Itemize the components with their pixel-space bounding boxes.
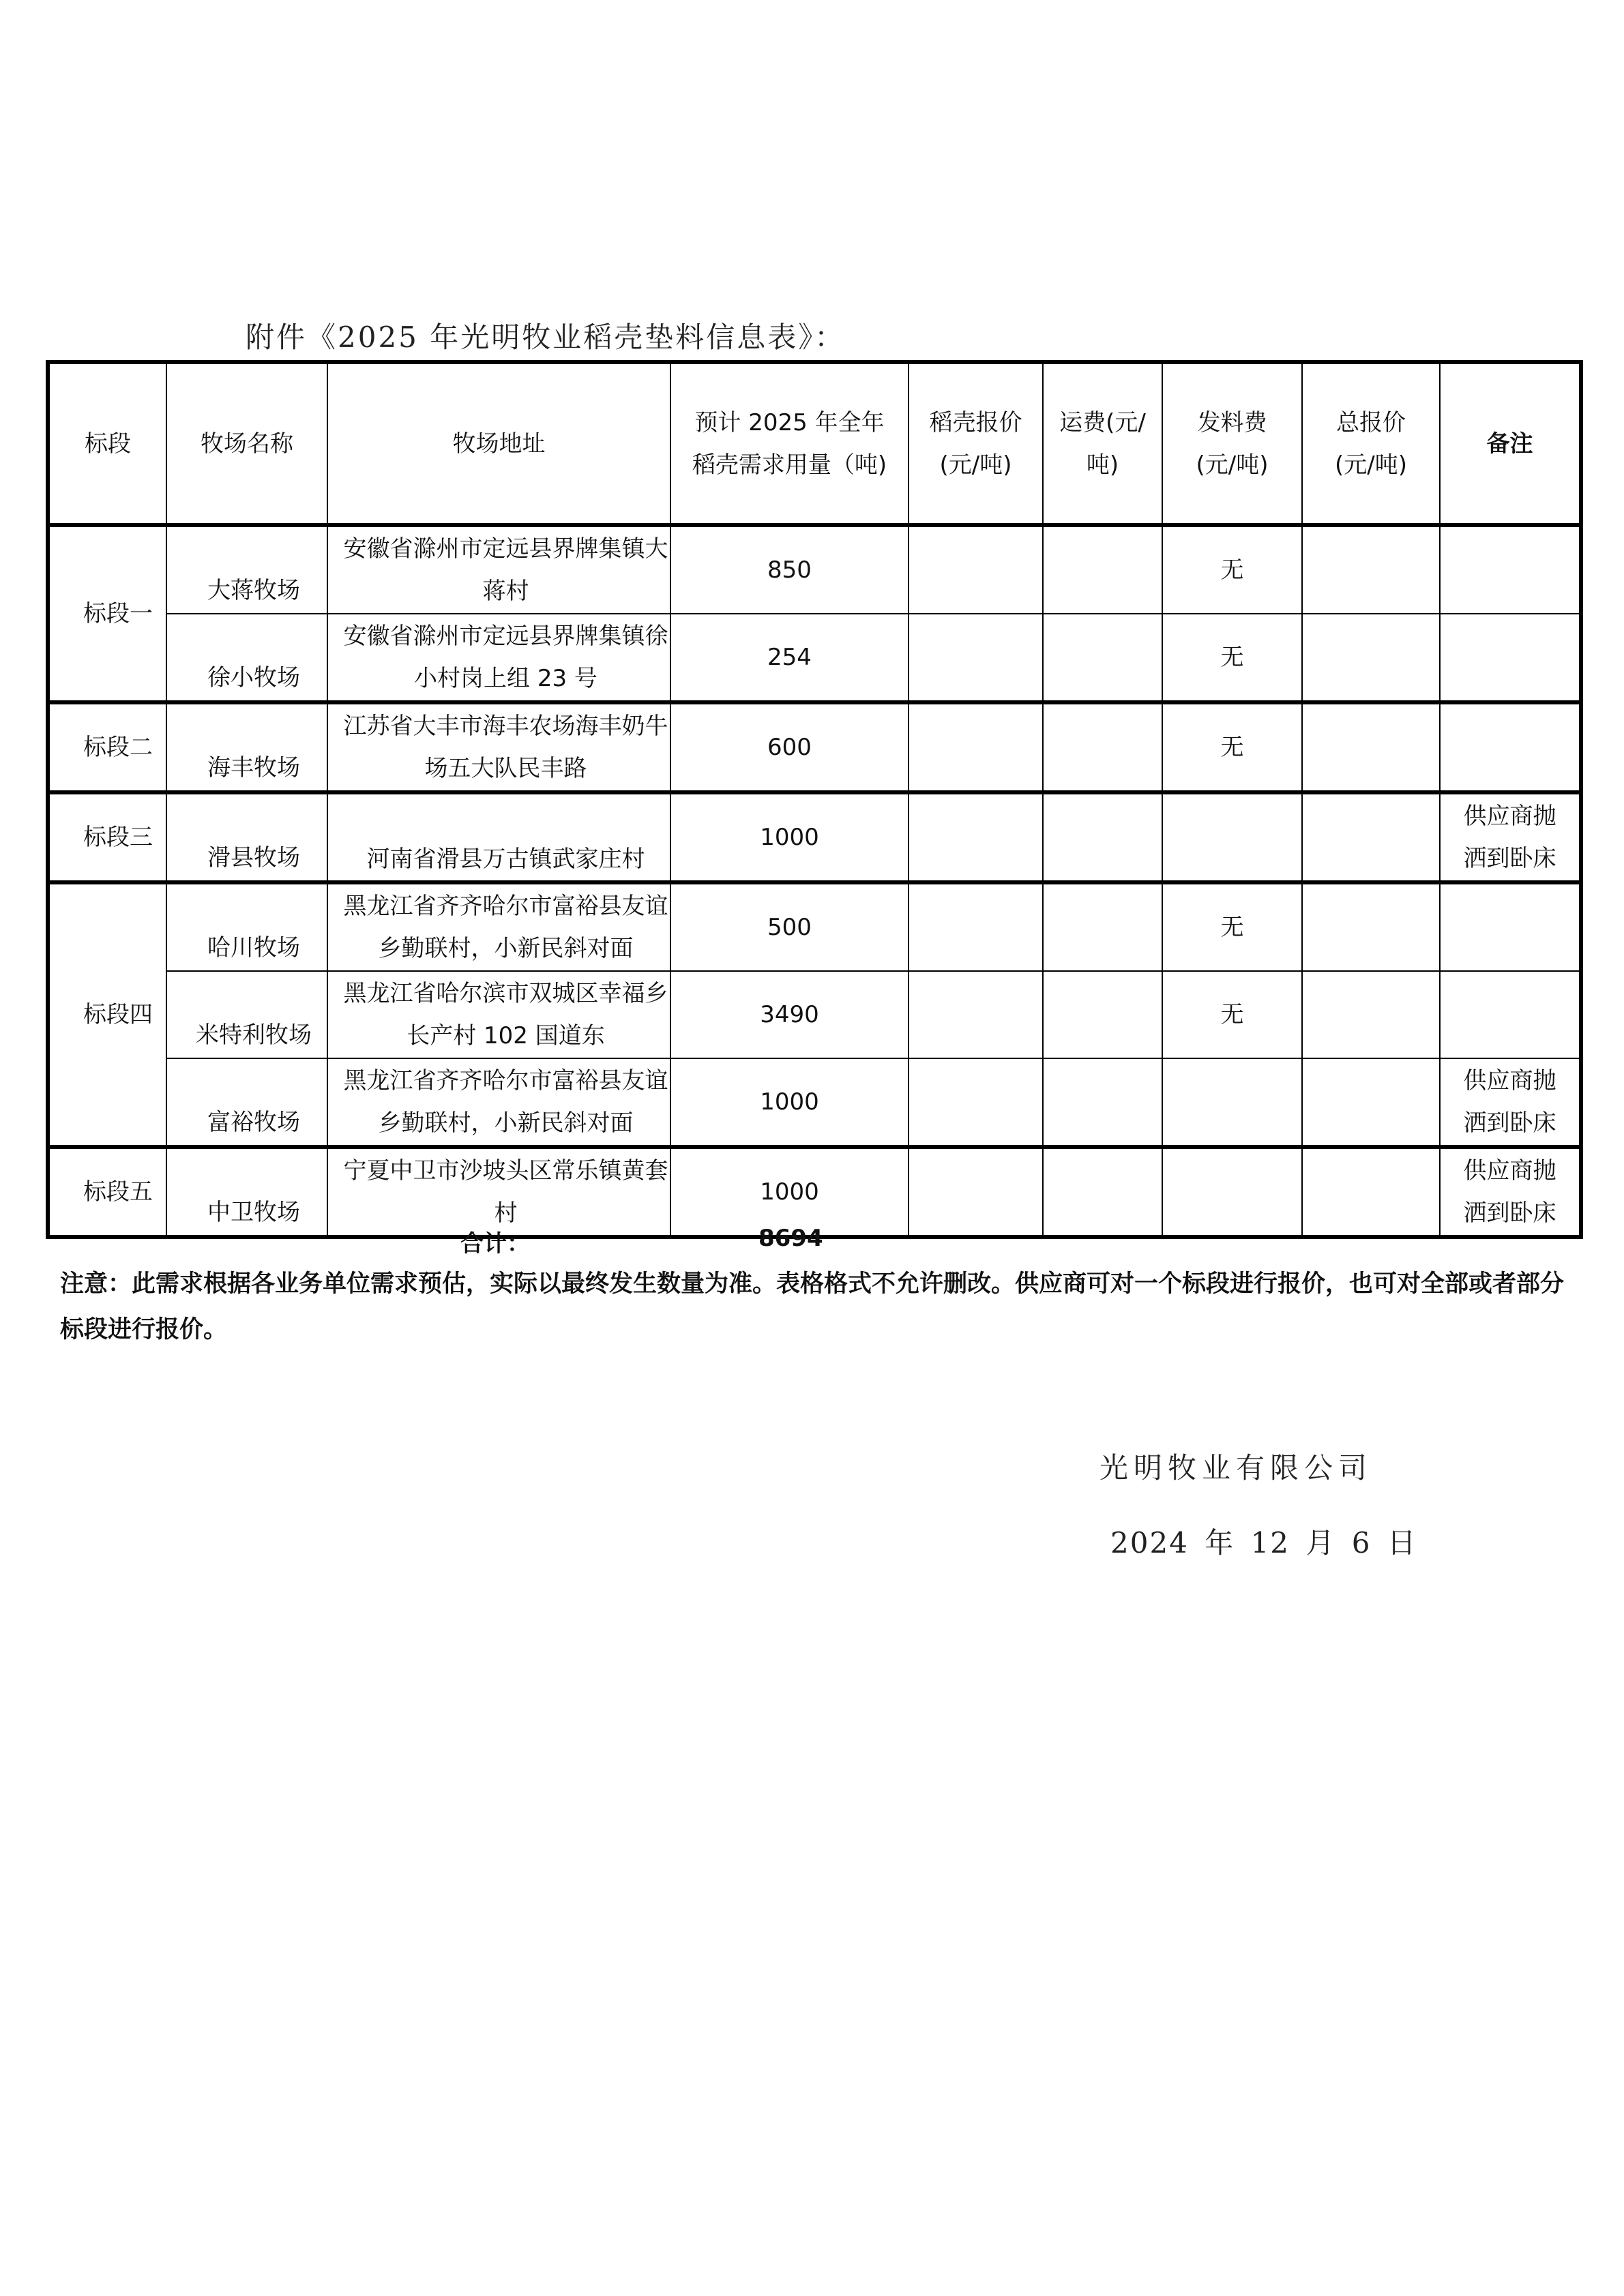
total-price-input[interactable] xyxy=(1302,792,1440,882)
header-segment: 标段 xyxy=(48,362,166,525)
segment-cell: 标段三 xyxy=(48,792,166,882)
remark-cell: 供应商抛洒到卧床 xyxy=(1440,1058,1581,1147)
dispatch-fee-cell: 无 xyxy=(1162,702,1302,792)
farm-name-cell: 徐小牧场 xyxy=(166,614,327,702)
total-price-input[interactable] xyxy=(1302,525,1440,614)
freight-input[interactable] xyxy=(1043,792,1162,882)
freight-input[interactable] xyxy=(1043,702,1162,792)
farm-name-cell: 富裕牧场 xyxy=(166,1058,327,1147)
farm-name-cell: 滑县牧场 xyxy=(166,792,327,882)
rice-husk-info-table: 标段 牧场名称 牧场地址 预计 2025 年全年稻壳需求用量（吨) 稻壳报价(元… xyxy=(46,360,1583,1239)
dispatch-fee-cell xyxy=(1162,792,1302,882)
table-row: 米特利牧场 黑龙江省哈尔滨市双城区幸福乡长产村 102 国道东 3490 无 xyxy=(48,971,1581,1058)
rice-husk-price-input[interactable] xyxy=(909,525,1043,614)
quantity-cell: 1000 xyxy=(670,792,909,882)
table-row: 标段三 滑县牧场 河南省滑县万古镇武家庄村 1000 供应商抛洒到卧床 xyxy=(48,792,1581,882)
rice-husk-price-input[interactable] xyxy=(909,882,1043,971)
total-price-input[interactable] xyxy=(1302,882,1440,971)
total-value: 8694 xyxy=(758,1225,823,1252)
table-row: 标段五 中卫牧场 宁夏中卫市沙坡头区常乐镇黄套村 1000 供应商抛洒到卧床 xyxy=(48,1147,1581,1237)
freight-input[interactable] xyxy=(1043,614,1162,702)
rice-husk-price-input[interactable] xyxy=(909,614,1043,702)
quantity-cell: 500 xyxy=(670,882,909,971)
table-row: 标段一 大蒋牧场 安徽省滁州市定远县界牌集镇大蒋村 850 无 xyxy=(48,525,1581,614)
dispatch-fee-cell: 无 xyxy=(1162,882,1302,971)
dispatch-fee-cell: 无 xyxy=(1162,525,1302,614)
total-label: 合计： xyxy=(460,1225,530,1258)
farm-name-cell: 大蒋牧场 xyxy=(166,525,327,614)
rice-husk-price-input[interactable] xyxy=(909,971,1043,1058)
freight-input[interactable] xyxy=(1043,1147,1162,1237)
rice-husk-price-input[interactable] xyxy=(909,1147,1043,1237)
signature-date: 2024 年 12 月 6 日 xyxy=(1110,1521,1417,1562)
remark-cell xyxy=(1440,614,1581,702)
quantity-cell: 600 xyxy=(670,702,909,792)
freight-input[interactable] xyxy=(1043,525,1162,614)
remark-cell xyxy=(1440,702,1581,792)
dispatch-fee-cell xyxy=(1162,1058,1302,1147)
header-estimated-quantity: 预计 2025 年全年稻壳需求用量（吨) xyxy=(670,362,909,525)
header-farm-address: 牧场地址 xyxy=(327,362,670,525)
farm-address-cell: 黑龙江省哈尔滨市双城区幸福乡长产村 102 国道东 xyxy=(327,971,670,1058)
farm-address-cell: 河南省滑县万古镇武家庄村 xyxy=(327,792,670,882)
document-title: 附件《2025 年光明牧业稻壳垫料信息表》： xyxy=(246,315,845,356)
total-price-input[interactable] xyxy=(1302,702,1440,792)
notice-text: 注意：此需求根据各业务单位需求预估，实际以最终发生数量为准。表格格式不允许删改。… xyxy=(60,1262,1581,1353)
quantity-cell: 3490 xyxy=(670,971,909,1058)
total-price-input[interactable] xyxy=(1302,1147,1440,1237)
farm-name-cell: 中卫牧场 xyxy=(166,1147,327,1237)
table-row: 徐小牧场 安徽省滁州市定远县界牌集镇徐小村岗上组 23 号 254 无 xyxy=(48,614,1581,702)
header-rice-husk-price: 稻壳报价(元/吨) xyxy=(909,362,1043,525)
header-freight: 运费(元/吨) xyxy=(1043,362,1162,525)
freight-input[interactable] xyxy=(1043,971,1162,1058)
table-header-row: 标段 牧场名称 牧场地址 预计 2025 年全年稻壳需求用量（吨) 稻壳报价(元… xyxy=(48,362,1581,525)
header-remark: 备注 xyxy=(1440,362,1581,525)
header-farm-name: 牧场名称 xyxy=(166,362,327,525)
rice-husk-price-input[interactable] xyxy=(909,792,1043,882)
total-price-input[interactable] xyxy=(1302,971,1440,1058)
remark-cell xyxy=(1440,525,1581,614)
total-price-input[interactable] xyxy=(1302,614,1440,702)
segment-cell: 标段一 xyxy=(48,525,166,702)
farm-address-cell: 黑龙江省齐齐哈尔市富裕县友谊乡勤联村，小新民斜对面 xyxy=(327,1058,670,1147)
dispatch-fee-cell: 无 xyxy=(1162,971,1302,1058)
table-row: 富裕牧场 黑龙江省齐齐哈尔市富裕县友谊乡勤联村，小新民斜对面 1000 供应商抛… xyxy=(48,1058,1581,1147)
remark-cell xyxy=(1440,882,1581,971)
remark-cell xyxy=(1440,971,1581,1058)
freight-input[interactable] xyxy=(1043,1058,1162,1147)
farm-address-cell: 安徽省滁州市定远县界牌集镇大蒋村 xyxy=(327,525,670,614)
dispatch-fee-cell xyxy=(1162,1147,1302,1237)
segment-cell: 标段五 xyxy=(48,1147,166,1237)
dispatch-fee-cell: 无 xyxy=(1162,614,1302,702)
freight-input[interactable] xyxy=(1043,882,1162,971)
quantity-cell: 850 xyxy=(670,525,909,614)
header-total-price: 总报价(元/吨) xyxy=(1302,362,1440,525)
company-signature: 光明牧业有限公司 xyxy=(1099,1446,1372,1487)
farm-name-cell: 米特利牧场 xyxy=(166,971,327,1058)
quantity-cell: 1000 xyxy=(670,1147,909,1237)
farm-address-cell: 安徽省滁州市定远县界牌集镇徐小村岗上组 23 号 xyxy=(327,614,670,702)
table-row: 标段四 哈川牧场 黑龙江省齐齐哈尔市富裕县友谊乡勤联村，小新民斜对面 500 无 xyxy=(48,882,1581,971)
remark-cell: 供应商抛洒到卧床 xyxy=(1440,1147,1581,1237)
farm-address-cell: 宁夏中卫市沙坡头区常乐镇黄套村 xyxy=(327,1147,670,1237)
quantity-cell: 254 xyxy=(670,614,909,702)
table-row: 标段二 海丰牧场 江苏省大丰市海丰农场海丰奶牛场五大队民丰路 600 无 xyxy=(48,702,1581,792)
remark-cell: 供应商抛洒到卧床 xyxy=(1440,792,1581,882)
rice-husk-price-input[interactable] xyxy=(909,702,1043,792)
farm-address-cell: 黑龙江省齐齐哈尔市富裕县友谊乡勤联村，小新民斜对面 xyxy=(327,882,670,971)
rice-husk-price-input[interactable] xyxy=(909,1058,1043,1147)
quantity-cell: 1000 xyxy=(670,1058,909,1147)
header-dispatch-fee: 发料费(元/吨) xyxy=(1162,362,1302,525)
farm-name-cell: 海丰牧场 xyxy=(166,702,327,792)
farm-address-cell: 江苏省大丰市海丰农场海丰奶牛场五大队民丰路 xyxy=(327,702,670,792)
segment-cell: 标段二 xyxy=(48,702,166,792)
segment-cell: 标段四 xyxy=(48,882,166,1147)
total-price-input[interactable] xyxy=(1302,1058,1440,1147)
farm-name-cell: 哈川牧场 xyxy=(166,882,327,971)
